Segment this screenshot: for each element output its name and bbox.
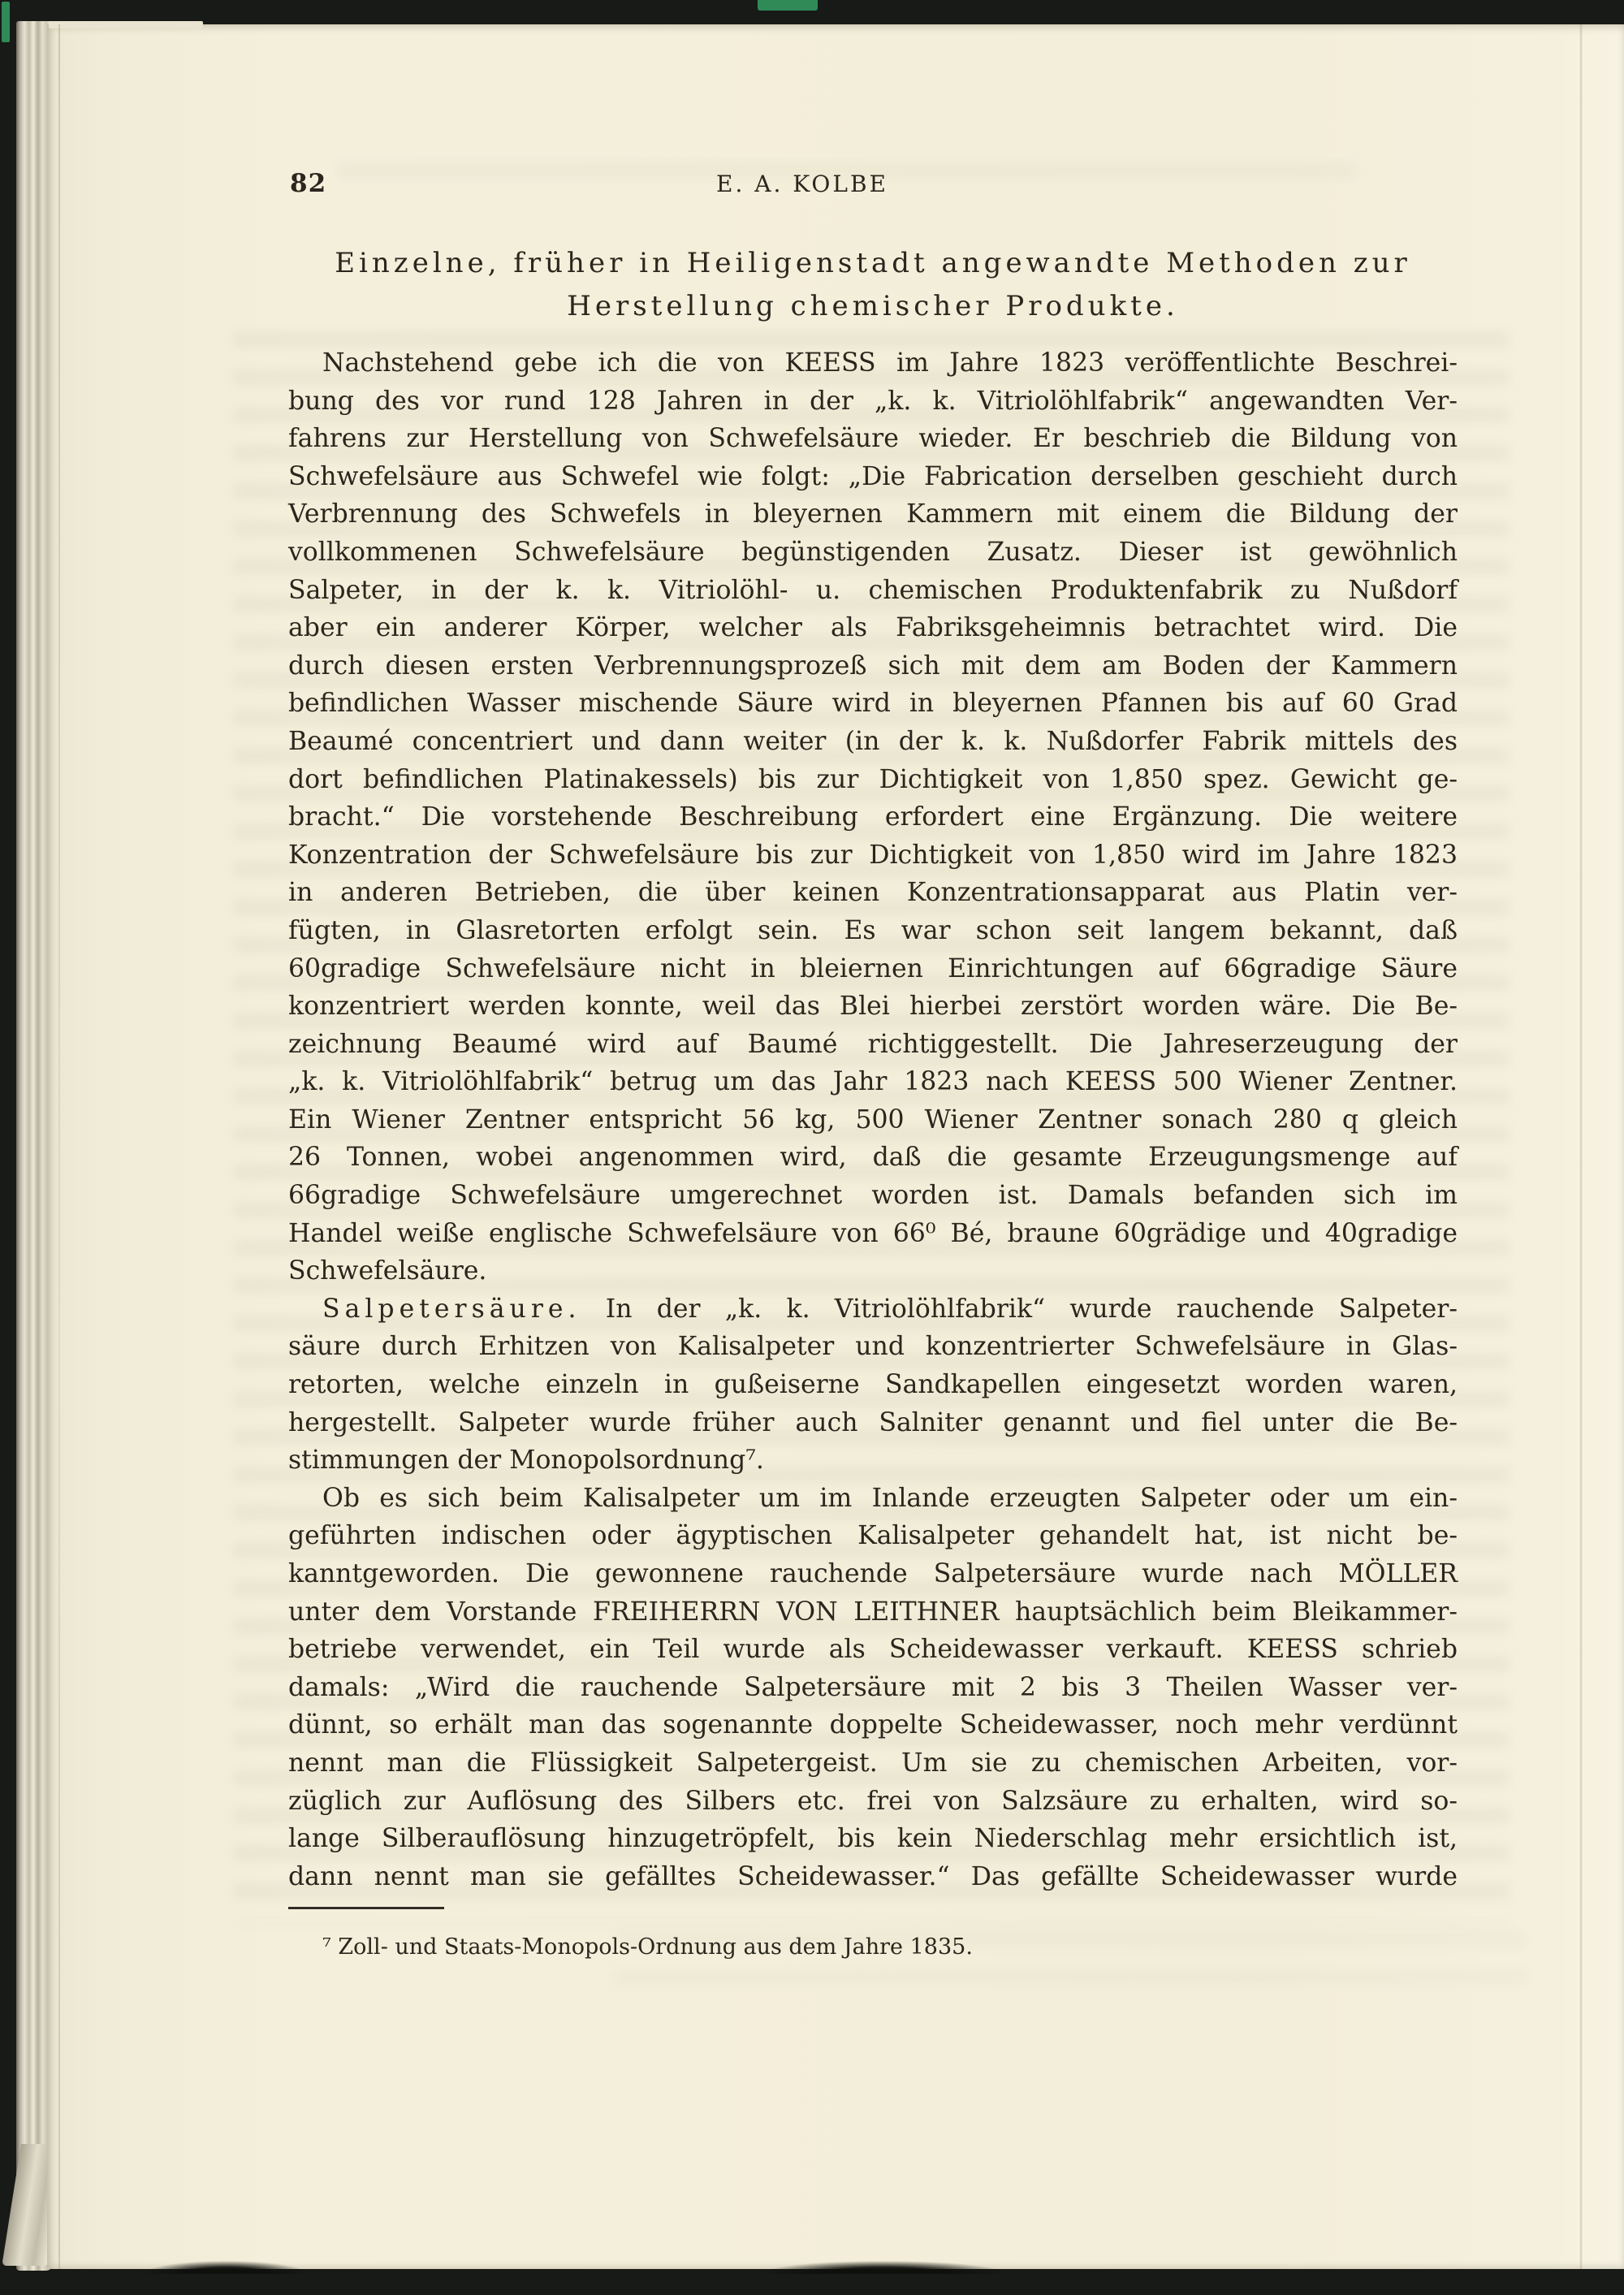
section-title: Einzelne, früher in Heiligenstadt angewa… (288, 242, 1458, 328)
body-line: züglich zur Auflösung des Silbers etc. f… (288, 1783, 1458, 1821)
scanned-book-page: 82 E. A. KOLBE Einzelne, früher in Heili… (47, 24, 1624, 2269)
body-line: Nachstehend gebe ich die von KEESS im Ja… (288, 344, 1458, 382)
body-line: dünnt, so erhält man das sogenannte dopp… (288, 1706, 1458, 1744)
body-line: Schwefelsäure aus Schwefel wie folgt: „D… (288, 458, 1458, 496)
page-bottom-shadow (145, 2261, 307, 2274)
body-line: Ob es sich beim Kalisalpeter um im Inlan… (288, 1480, 1458, 1518)
body-line: Schwefelsäure. (288, 1252, 1458, 1290)
scan-artifact-green (2, 2, 10, 42)
body-line: bracht.“ Die vorstehende Beschreibung er… (288, 798, 1458, 836)
footnote: ⁷ Zoll- und Staats-Monopols-Ordnung aus … (288, 1931, 1458, 1964)
body-line: bung des vor rund 128 Jahren in der „k. … (288, 382, 1458, 421)
body-line: unter dem Vorstande FREIHERRN VON LEITHN… (288, 1593, 1458, 1632)
scan-artifact-green (758, 0, 818, 11)
page-number: 82 (290, 169, 326, 198)
page-edge-step (49, 21, 203, 28)
body-line: Beaumé concentriert und dann weiter (in … (288, 723, 1458, 761)
body-line: Salpetersäure. In der „k. k. Vitriolöhlf… (288, 1290, 1458, 1329)
running-title-author: E. A. KOLBE (716, 171, 888, 197)
body-line: säure durch Erhitzen von Kalisalpeter un… (288, 1328, 1458, 1366)
body-line: 26 Tonnen, wobei angenommen wird, daß di… (288, 1139, 1458, 1177)
body-line: betriebe verwendet, ein Teil wurde als S… (288, 1631, 1458, 1669)
body-line: zeichnung Beaumé wird auf Baumé richtigg… (288, 1026, 1458, 1064)
body-line: befindlichen Wasser mischende Säure wird… (288, 685, 1458, 723)
body-line: „k. k. Vitriolöhlfabrik“ betrug um das J… (288, 1063, 1458, 1101)
body-line: in anderen Betrieben, die über keinen Ko… (288, 874, 1458, 912)
body-line: hergestellt. Salpeter wurde früher auch … (288, 1404, 1458, 1442)
footnote-divider-rule (288, 1907, 444, 1909)
text-column: 82 E. A. KOLBE Einzelne, früher in Heili… (288, 24, 1458, 2269)
body-line: geführten indischen oder ägyptischen Kal… (288, 1517, 1458, 1555)
body-line: vollkommenen Schwefelsäure begünstigende… (288, 534, 1458, 572)
body-line: Konzentration der Schwefelsäure bis zur … (288, 836, 1458, 875)
body-text: Nachstehend gebe ich die von KEESS im Ja… (288, 344, 1458, 1895)
body-line: dort befindlichen Platinakessels) bis zu… (288, 761, 1458, 799)
section-title-line: Herstellung chemischer Produkte. (288, 285, 1458, 328)
body-line: durch diesen ersten Verbrennungsprozeß s… (288, 647, 1458, 685)
body-line: aber ein anderer Körper, welcher als Fab… (288, 609, 1458, 647)
page-fold-line (58, 24, 60, 2269)
body-line: Salpeter, in der k. k. Vitriolöhl- u. ch… (288, 572, 1458, 610)
body-line: nennt man die Flüssigkeit Salpetergeist.… (288, 1744, 1458, 1783)
body-line: Verbrennung des Schwefels in bleyernen K… (288, 495, 1458, 534)
body-line: Ein Wiener Zentner entspricht 56 kg, 500… (288, 1101, 1458, 1139)
paragraph-lead: Salpetersäure. (322, 1294, 581, 1324)
body-line: konzentriert werden konnte, weil das Ble… (288, 988, 1458, 1026)
section-title-line: Einzelne, früher in Heiligenstadt angewa… (288, 242, 1458, 285)
page-header: 82 E. A. KOLBE (288, 169, 1458, 203)
page-crease (1579, 24, 1583, 2269)
body-line: stimmungen der Monopolsordnung⁷. (288, 1441, 1458, 1480)
body-line: Handel weiße englische Schwefelsäure von… (288, 1215, 1458, 1253)
body-line: 66gradige Schwefelsäure umgerechnet word… (288, 1177, 1458, 1215)
body-line: kanntgeworden. Die gewonnene rauchende S… (288, 1555, 1458, 1593)
body-line: fahrens zur Herstellung von Schwefelsäur… (288, 420, 1458, 458)
body-line: damals: „Wird die rauchende Salpetersäur… (288, 1669, 1458, 1707)
body-line: fügten, in Glasretorten erfolgt sein. Es… (288, 912, 1458, 950)
body-line: retorten, welche einzeln in gußeiserne S… (288, 1366, 1458, 1404)
body-line: lange Silberauflösung hinzugetröpfelt, b… (288, 1820, 1458, 1858)
body-line: dann nennt man sie gefälltes Scheidewass… (288, 1858, 1458, 1896)
body-line: 60gradige Schwefelsäure nicht in bleiern… (288, 950, 1458, 988)
